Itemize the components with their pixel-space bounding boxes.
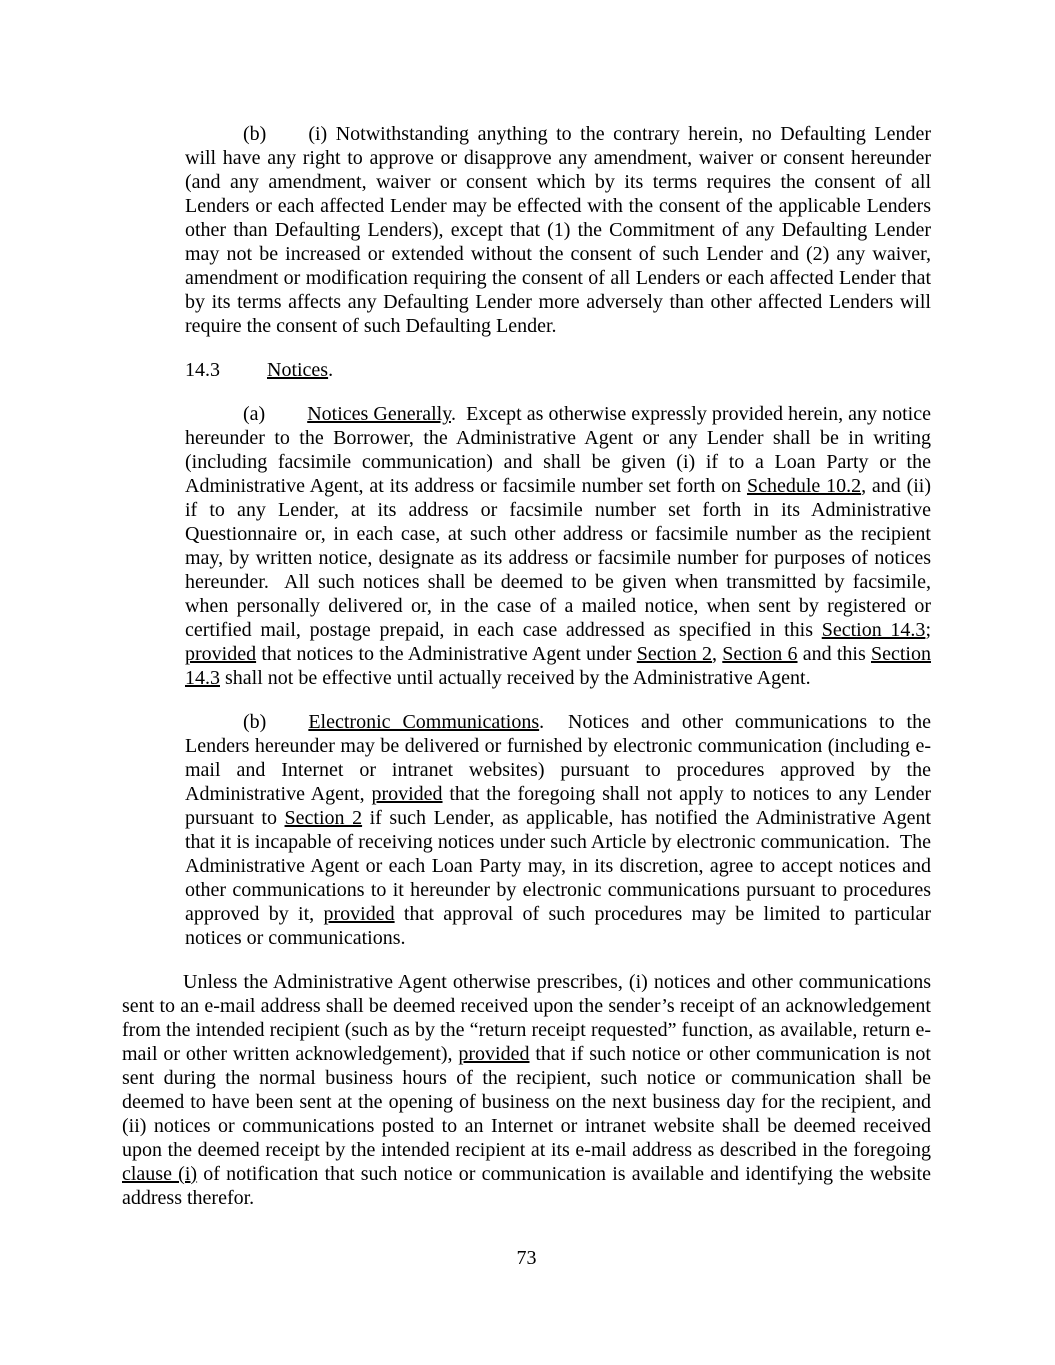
underlined-text-run: provided <box>185 643 256 665</box>
document-page: (b)(i) Notwithstanding anything to the c… <box>0 0 1055 1365</box>
underlined-text-run: provided <box>458 1043 529 1065</box>
text-run: . <box>328 359 333 381</box>
text-run: and this <box>798 643 871 665</box>
text-run: (b) <box>243 123 266 145</box>
paragraph-electronic-communications: (b)Electronic Communications. Notices an… <box>185 710 931 950</box>
underlined-text-run: Section 14.3 <box>822 619 926 641</box>
paragraph-defaulting-lender: (b)(i) Notwithstanding anything to the c… <box>185 122 931 338</box>
underlined-text-run: Electronic Communications <box>308 711 539 733</box>
underlined-text-run: clause (i) <box>122 1163 197 1185</box>
text-run: , and (ii) if to any Lender, at its addr… <box>185 475 931 641</box>
underlined-text-run: Schedule 10.2 <box>747 475 861 497</box>
underlined-text-run: Section 6 <box>722 643 797 665</box>
text-run: (a) <box>243 403 265 425</box>
paragraph-notices-generally: (a)Notices Generally. Except as otherwis… <box>185 402 931 690</box>
page-number: 73 <box>122 1246 931 1270</box>
underlined-text-run: Section 2 <box>637 643 712 665</box>
text-run: ; <box>925 619 931 641</box>
text-run: (b) <box>243 711 266 733</box>
underlined-text-run: provided <box>371 783 442 805</box>
text-run: , <box>712 643 722 665</box>
underlined-text-run: Notices Generally <box>307 403 451 425</box>
underlined-text-run: Notices <box>267 359 328 381</box>
paragraph-unless-prescribes: Unless the Administrative Agent otherwis… <box>122 970 931 1210</box>
text-run: 14.3 <box>185 359 220 381</box>
text-run: of notification that such notice or comm… <box>122 1163 931 1209</box>
underlined-text-run: Section 2 <box>285 807 363 829</box>
text-run: that notices to the Administrative Agent… <box>256 643 637 665</box>
text-run: shall not be effective until actually re… <box>220 667 811 689</box>
underlined-text-run: provided <box>324 903 395 925</box>
section-heading-14-3: 14.3Notices. <box>185 358 931 382</box>
text-run: (i) Notwithstanding anything to the cont… <box>185 123 931 337</box>
